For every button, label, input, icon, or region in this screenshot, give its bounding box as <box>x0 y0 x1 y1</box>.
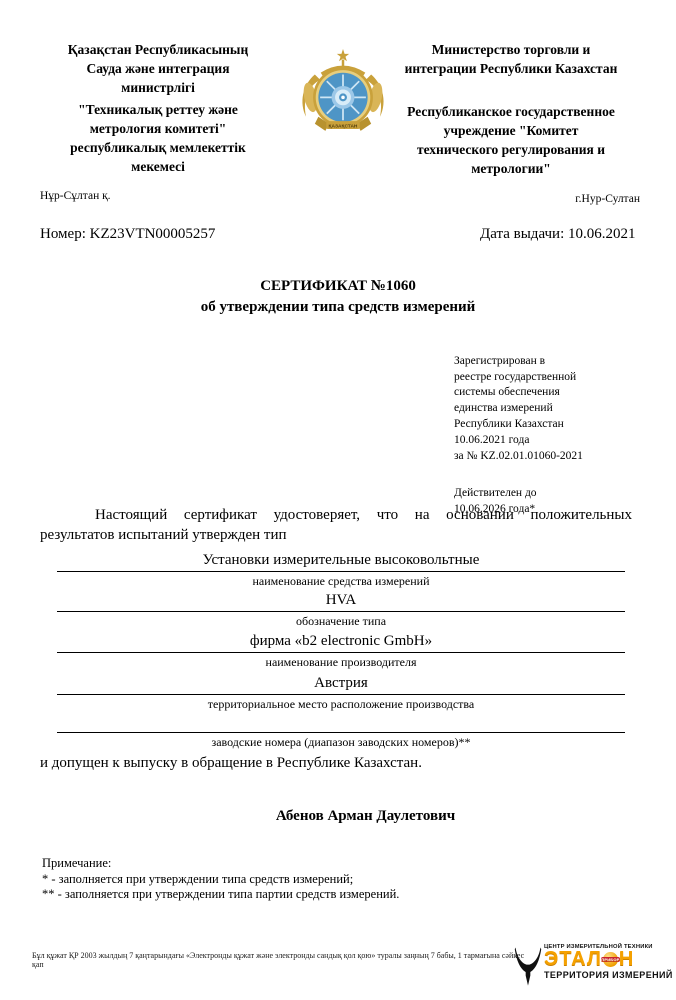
field-value: Установки измерительные высоковольтные <box>57 550 625 572</box>
field-value <box>57 711 625 733</box>
field-row-serial-numbers: заводские номера (диапазон заводских ном… <box>57 711 625 749</box>
globe-icon: ПРИБОР <box>603 952 618 967</box>
field-value: HVA <box>57 590 625 612</box>
certificate-number: Номер: KZ23VTN00005257 <box>40 226 215 243</box>
field-caption: наименование средства измерений <box>57 574 625 588</box>
issue-date: Дата выдачи: 10.06.2021 <box>480 226 636 243</box>
field-caption: заводские номера (диапазон заводских ном… <box>57 735 625 749</box>
field-value: Австрия <box>57 673 625 695</box>
globe-band-label: ПРИБОР <box>601 957 620 962</box>
city-right: г.Нур-Султан <box>575 193 640 205</box>
field-caption: наименование производителя <box>57 655 625 669</box>
conclusion-text: и допущен к выпуску в обращение в Респуб… <box>40 755 422 772</box>
field-row-instrument-name: Установки измерительные высоковольтные н… <box>57 550 625 588</box>
field-caption: территориальное место расположение произ… <box>57 697 625 711</box>
certificate-page: Қазақстан Республикасының Сауда және инт… <box>0 0 676 1000</box>
certificate-title: СЕРТИФИКАТ №1060 об утверждении типа сре… <box>0 276 676 318</box>
etalon-logo: ЦЕНТР ИЗМЕРИТЕЛЬНОЙ ТЕХНИКИ ЭТАЛ ПРИБОР … <box>514 944 672 992</box>
header-left-ministry: Қазақстан Республикасының Сауда және инт… <box>46 40 270 97</box>
notes-items: * - заполняется при утверждении типа сре… <box>42 872 399 903</box>
field-caption: обозначение типа <box>57 614 625 628</box>
header-left-committee: "Техникалық реттеу және метрология комит… <box>40 100 276 176</box>
signatory-name: Абенов Арман Даулетович <box>0 808 676 825</box>
registration-block: Зарегистрирован в реестре государственно… <box>454 338 659 534</box>
kazakhstan-emblem-icon: ҚАЗАҚСТАН <box>299 48 387 145</box>
field-value: фирма «b2 electronic GmbH» <box>57 631 625 653</box>
intro-paragraph: Настоящий сертификат удостоверяет, что н… <box>40 506 632 545</box>
header-right-committee: Республиканское государственное учрежден… <box>378 102 644 178</box>
logo-brand-text: ЭТАЛ ПРИБОР Н <box>544 950 673 969</box>
city-left: Нұр-Сұлтан қ. <box>40 190 111 202</box>
logo-brand-right: Н <box>619 950 634 969</box>
intro-line1: Настоящий сертификат удостоверяет, что н… <box>40 506 632 526</box>
certificate-title-line2: об утверждении типа средств измерений <box>0 297 676 318</box>
svg-text:ҚАЗАҚСТАН: ҚАЗАҚСТАН <box>329 123 358 129</box>
logo-bottom-text: ТЕРРИТОРИЯ ИЗМЕРЕНИЙ <box>544 970 673 980</box>
registration-text: Зарегистрирован в реестре государственно… <box>454 354 659 465</box>
tuning-fork-icon <box>514 947 542 992</box>
field-row-production-location: Австрия территориальное место расположен… <box>57 673 625 711</box>
logo-brand-left: ЭТАЛ <box>544 950 602 969</box>
footer-legal-text: Бұл құжат ҚР 2003 жылдың 7 қаңтарындағы … <box>32 951 534 969</box>
notes-block: Примечание: * - заполняется при утвержде… <box>42 856 399 903</box>
intro-line2: результатов испытаний утвержден тип <box>40 526 632 546</box>
field-row-manufacturer: фирма «b2 electronic GmbH» наименование … <box>57 631 625 669</box>
certificate-title-line1: СЕРТИФИКАТ №1060 <box>0 276 676 297</box>
header-right-ministry: Министерство торговли и интеграции Респу… <box>378 40 644 78</box>
field-row-type-designation: HVA обозначение типа <box>57 590 625 628</box>
notes-title: Примечание: <box>42 856 399 872</box>
logo-text-column: ЦЕНТР ИЗМЕРИТЕЛЬНОЙ ТЕХНИКИ ЭТАЛ ПРИБОР … <box>544 944 673 980</box>
